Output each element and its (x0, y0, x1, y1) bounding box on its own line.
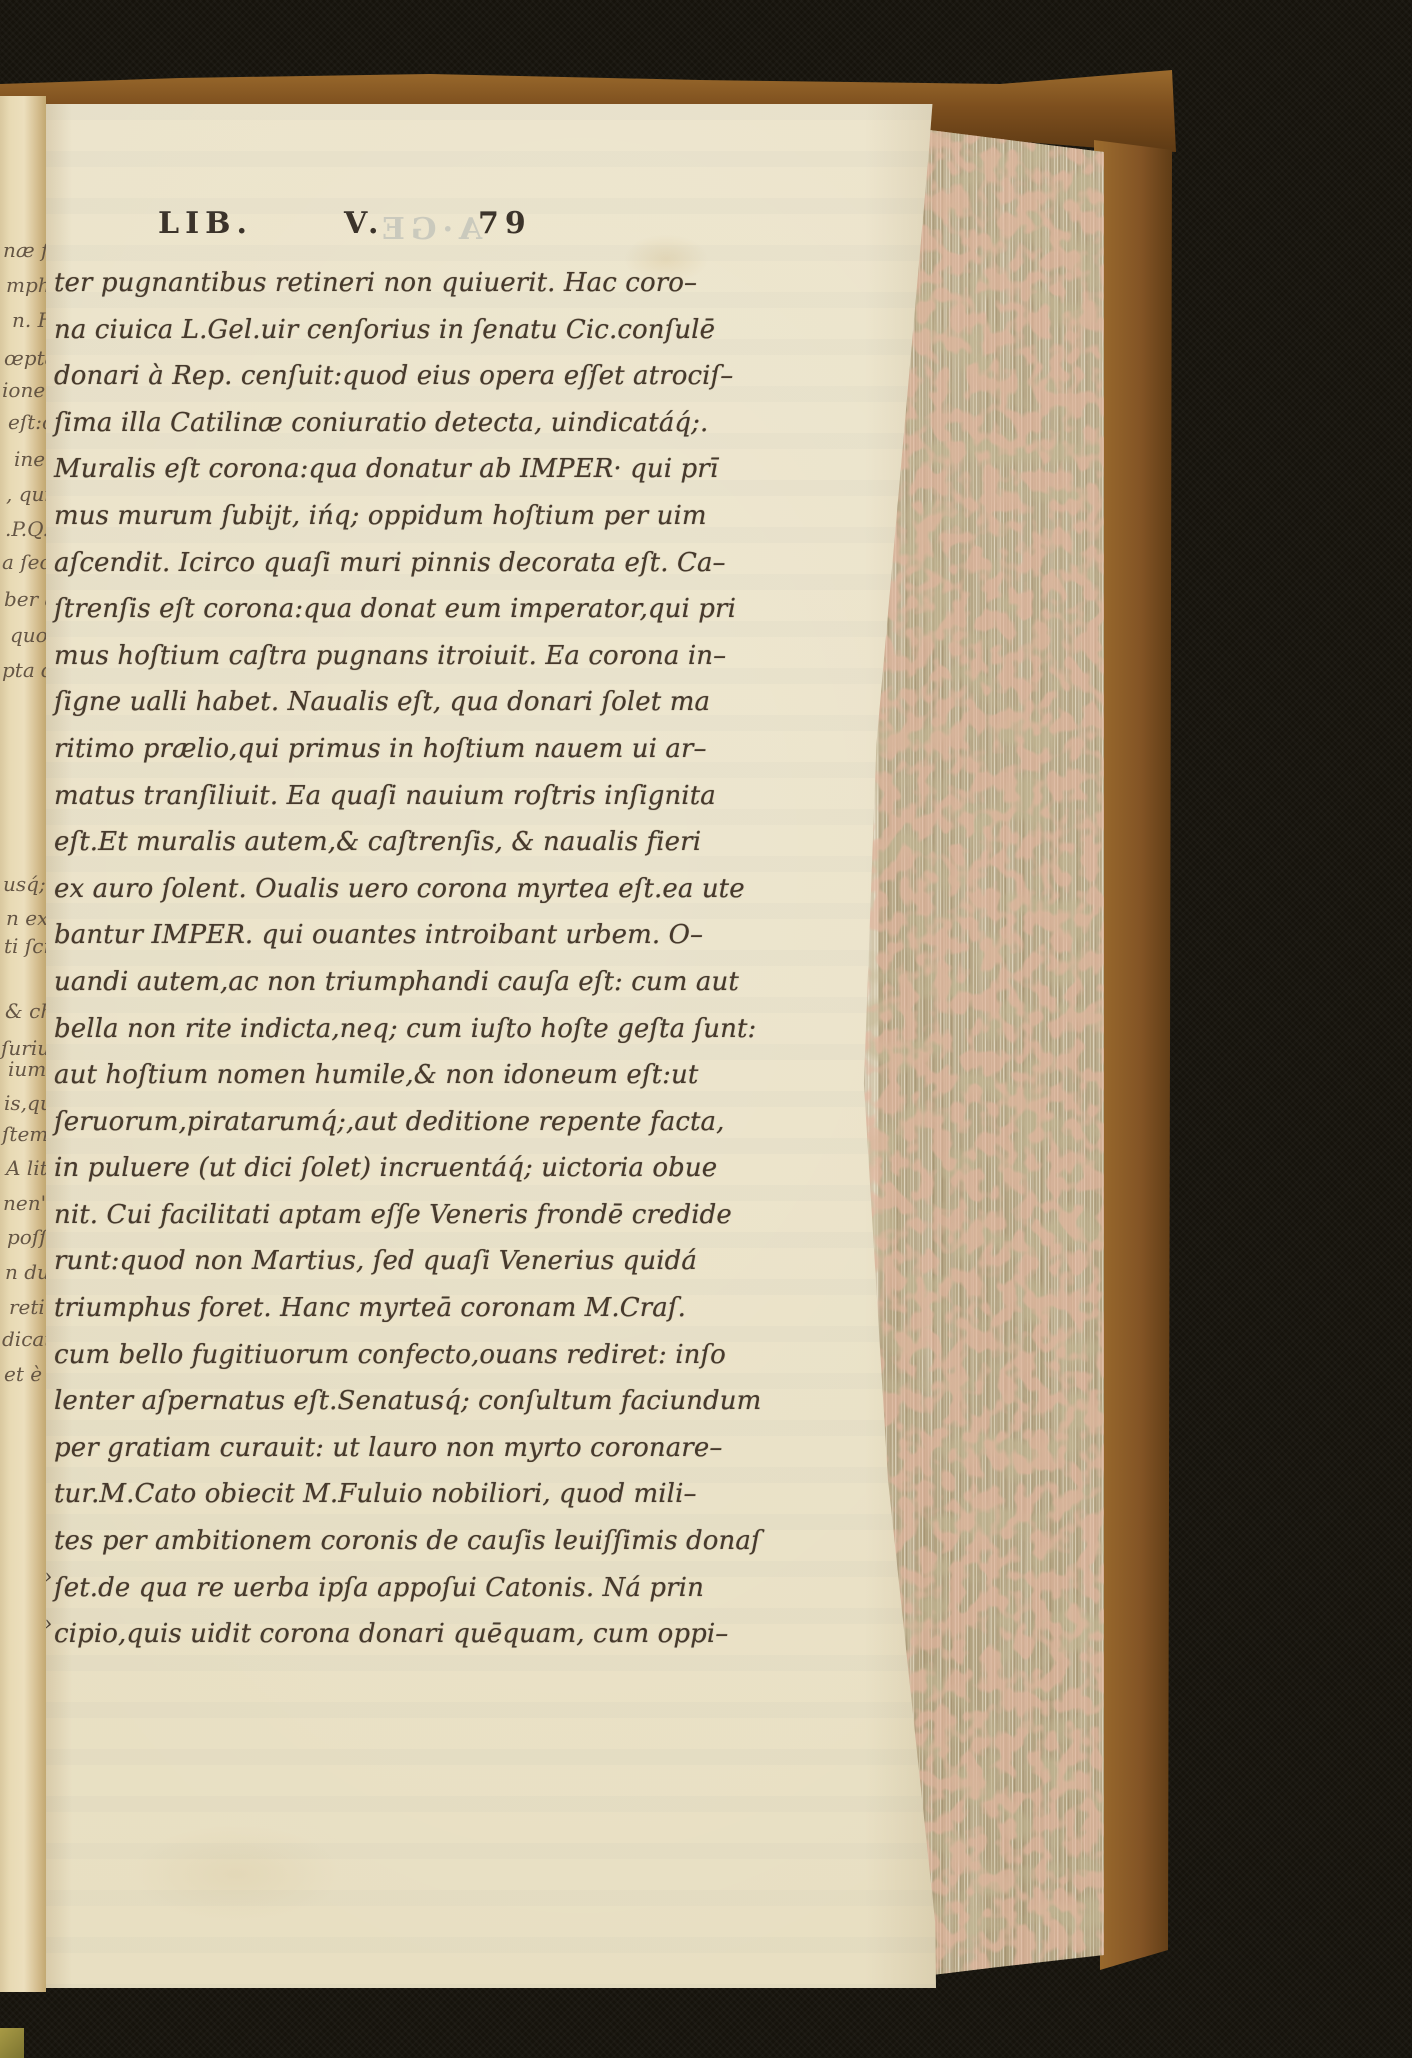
text-line: tur.M.Cato obiecit M.Fuluio nobiliori, q… (54, 1471, 734, 1518)
paper-stain (86, 1804, 386, 1944)
facing-text-fragment: n ex (6, 906, 46, 930)
text-line: in puluere (ut dici ſolet) incruentáq́; … (54, 1145, 734, 1192)
text-line: aſcendit. Icirco quaſi muri pinnis decor… (54, 540, 734, 587)
text-line: matus tranſiliuit. Ea quaſi nauium roſtr… (54, 773, 734, 820)
text-line: uandi autem,ac non triumphandi cauſa eſt… (54, 959, 734, 1006)
facing-text-fragment: retin (9, 1295, 46, 1319)
bottom-left-cover-sliver (0, 2028, 24, 2058)
text-line: triumphus foret. Hanc myrteā coronam M.C… (54, 1285, 734, 1332)
text-line: nit. Cui facilitati aptam eſſe Veneris f… (54, 1192, 734, 1239)
facing-text-fragment: nen'c (3, 1191, 46, 1215)
facing-text-fragment: quoſ (10, 623, 46, 647)
text-line: na ciuica L.Gel.uir cenſorius in ſenatu … (54, 307, 734, 354)
facing-text-fragment: dicat,p (2, 1327, 46, 1351)
page-number: 79 (478, 206, 532, 241)
text-line: ritimo prælio,qui primus in hoſtium naue… (54, 726, 734, 773)
facing-text-fragment: pta d (2, 658, 46, 682)
text-line: bella non rite indicta,neq; cum iuſto ho… (54, 1006, 734, 1053)
facing-page-edge: næ ſu mphi n. H œpta ione: eſt:ob ine , … (0, 96, 46, 1992)
facing-text-fragment: ti ſcri (4, 934, 46, 958)
right-cover-edge (1094, 140, 1172, 1970)
text-line: ſeruorum,piratarumq́;,aut deditione repe… (54, 1099, 734, 1146)
facing-text-fragment: & ch (5, 999, 46, 1023)
facing-text-fragment: n duo (5, 1260, 46, 1284)
text-line: runt:quod non Martius, ſed quaſi Veneriu… (54, 1238, 734, 1285)
text-line: donari à Rep. cenſuit:quod eius opera eſ… (54, 353, 734, 400)
facing-text-fragment: usq́; (3, 872, 46, 896)
facing-text-fragment: eſt:ob (8, 410, 46, 434)
facing-text-fragment: .P.Q. (5, 517, 46, 541)
text-line: cum bello fugitiuorum confecto,ouans red… (54, 1332, 734, 1379)
facing-text-fragment: œpta (4, 346, 46, 370)
text-line: ſet.de qua re uerba ipſa appoſui Catonis… (54, 1565, 734, 1612)
text-line: ſigne ualli habet. Naualis eſt, qua dona… (54, 679, 734, 726)
text-line: lenter aſpernatus eſt.Senatusq́; conſult… (54, 1378, 734, 1425)
text-line: mus murum ſubijt, ińq; oppidum hoſtium p… (54, 493, 734, 540)
facing-text-fragment: ber aſſ (4, 587, 46, 611)
facing-text-fragment: mphi (6, 273, 46, 297)
text-line: ſtrenſis eſt corona:qua donat eum impera… (54, 586, 734, 633)
text-line: cipio,quis uidit corona donari quēquam, … (54, 1611, 734, 1658)
facing-text-fragment: poſſet (7, 1225, 46, 1249)
facing-text-fragment: n. H (12, 308, 46, 332)
text-line: aut hoſtium nomen humile,& non idoneum e… (54, 1052, 734, 1099)
running-header: LIB. V. A·GE 79 (46, 206, 936, 258)
facing-text-fragment: A liter (6, 1156, 46, 1180)
header-book-label: LIB. (158, 206, 253, 241)
facing-text-fragment: næ ſu (3, 238, 46, 262)
facing-text-fragment: a ſeco (2, 550, 46, 574)
text-line: eſt.Et muralis autem,& caſtrenſis, & nau… (54, 819, 734, 866)
facing-text-fragment: ium (8, 1057, 46, 1081)
header-showthrough-ghost: A·GE (376, 212, 482, 247)
text-line: tes per ambitionem coronis de cauſis leu… (54, 1518, 734, 1565)
book-photo: næ ſu mphi n. H œpta ione: eſt:ob ine , … (0, 0, 1412, 2058)
facing-text-fragment: et è (4, 1362, 42, 1386)
text-line: Muralis eſt corona:qua donatur ab IMPER·… (54, 446, 734, 493)
facing-text-fragment: , qui (6, 482, 46, 506)
text-line: ſima illa Catilinæ coniuratio detecta, u… (54, 400, 734, 447)
book-page: LIB. V. A·GE 79 » » ter pugnantibus reti… (46, 104, 936, 1988)
text-line: ex auro ſolent. Oualis uero corona myrte… (54, 866, 734, 913)
text-block: » » ter pugnantibus retineri non quiueri… (54, 260, 734, 1658)
text-line: ter pugnantibus retineri non quiuerit. H… (54, 260, 734, 307)
text-line: bantur IMPER. qui ouantes introibant urb… (54, 912, 734, 959)
facing-text-fragment: ione: (2, 378, 46, 402)
facing-text-fragment: ine (14, 447, 45, 471)
facing-text-fragment: ſtem (2, 1122, 46, 1146)
text-line: mus hoſtium caſtra pugnans itroiuit. Ea … (54, 633, 734, 680)
text-line: per gratiam curauit: ut lauro non myrto … (54, 1425, 734, 1472)
facing-text-fragment: is,qu (4, 1091, 46, 1115)
